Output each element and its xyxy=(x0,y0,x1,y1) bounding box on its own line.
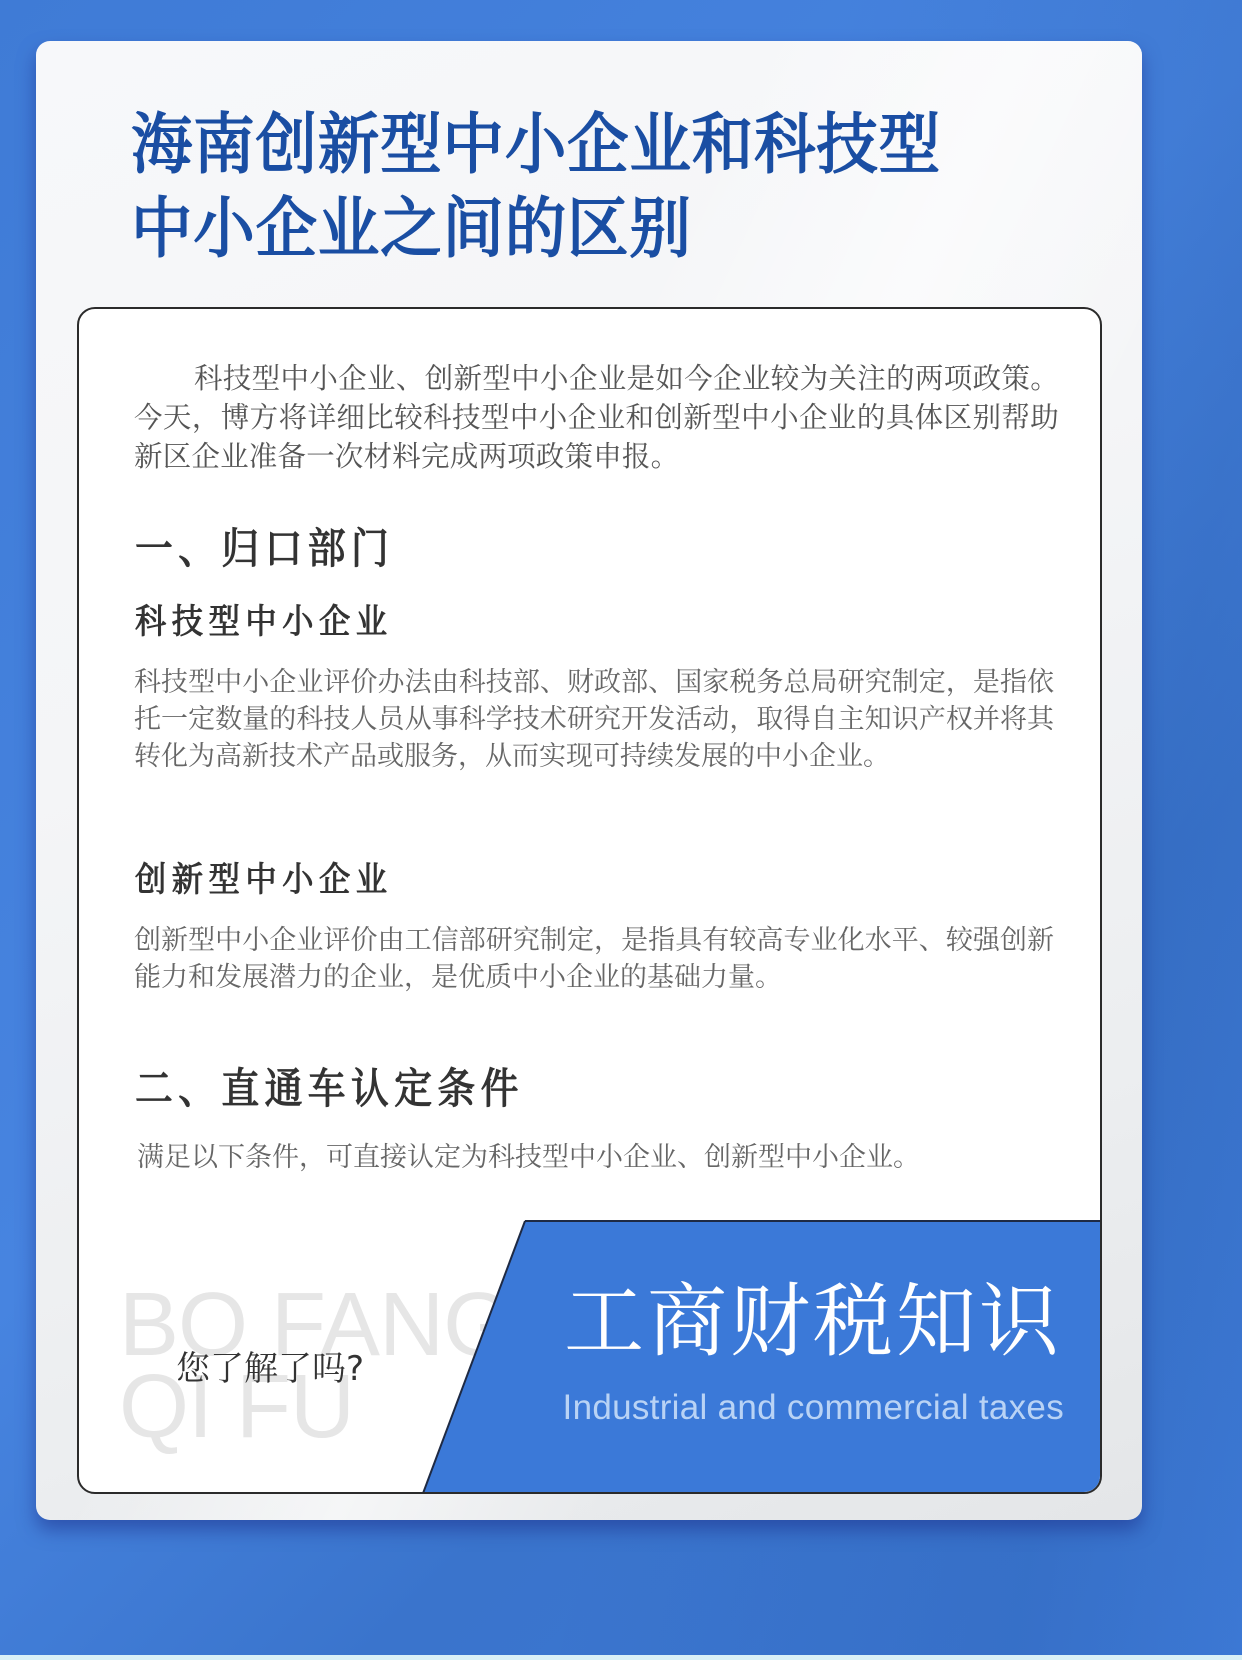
content-box: 科技型中小企业、创新型中小企业是如今企业较为关注的两项政策。今天，博方将详细比较… xyxy=(77,307,1102,1494)
page-title: 海南创新型中小企业和科技型 中小企业之间的区别 xyxy=(131,103,968,271)
bottom-strip xyxy=(0,1655,1242,1660)
page-title-line-1: 海南创新型中小企业和科技型 xyxy=(131,103,968,187)
brand-subtitle: Industrial and commercial taxes xyxy=(563,1387,1064,1429)
page-title-line-2: 中小企业之间的区别 xyxy=(131,187,968,271)
brand-title: 工商财税知识 xyxy=(564,1274,1062,1370)
